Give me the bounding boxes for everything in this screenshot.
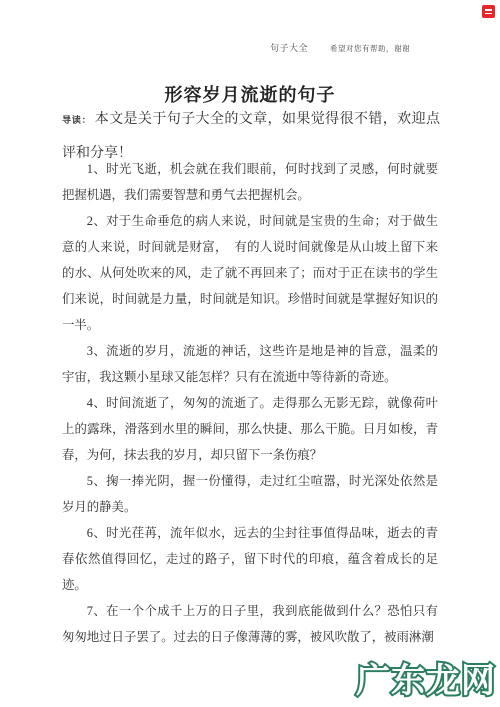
header-slogan: 希望对您有帮助，谢谢 [330,44,410,53]
watermark-text: 广东龙网 [356,662,496,700]
page-header: 句子大全希望对您有帮助，谢谢 [270,38,410,56]
watermark-logo: 广东龙网 [348,655,498,703]
badge-mark [485,13,492,15]
site-badge-icon [482,5,495,18]
paragraph-2: 2、对于生命垂危的病人来说，时间就是宝贵的生命；对于做生意的人来说，时间就是财富… [62,208,438,338]
site-name: 句子大全 [270,43,308,53]
badge-mark [485,9,492,11]
paragraph-4: 4、时间流逝了，匆匆的流逝了。走得那么无影无踪，就像荷叶上的露珠，滑落到水里的瞬… [62,390,438,468]
intro-label: 导读： [62,115,92,125]
paragraph-1: 1、时光飞逝，机会就在我们眼前，何时找到了灵感，何时就要把握机遇，我们需要智慧和… [62,156,438,208]
intro-text: 本文是关于句子大全的文章，如果觉得很不错，欢迎点评和分享！ [62,112,440,161]
article-body: 1、时光飞逝，机会就在我们眼前，何时找到了灵感，何时就要把握机遇，我们需要智慧和… [62,156,438,650]
paragraph-5: 5、掬一捧光阴，握一份懂得，走过红尘喧嚣，时光深处依然是岁月的静美。 [62,468,438,520]
paragraph-7: 7、在一个个成千上万的日子里，我到底能做到什么？恐怕只有匆匆地过日子罢了。过去的… [62,598,438,650]
paragraph-3: 3、流逝的岁月，流逝的神话，这些许是地是神的旨意，温柔的宇宙，我这颗小星球又能怎… [62,338,438,390]
document-page: 句子大全希望对您有帮助，谢谢 形容岁月流逝的句子 导读：本文是关于句子大全的文章… [0,0,500,707]
paragraph-6: 6、时光荏苒，流年似水，远去的尘封往事值得品味，逝去的青春依然值得回忆，走过的路… [62,520,438,598]
